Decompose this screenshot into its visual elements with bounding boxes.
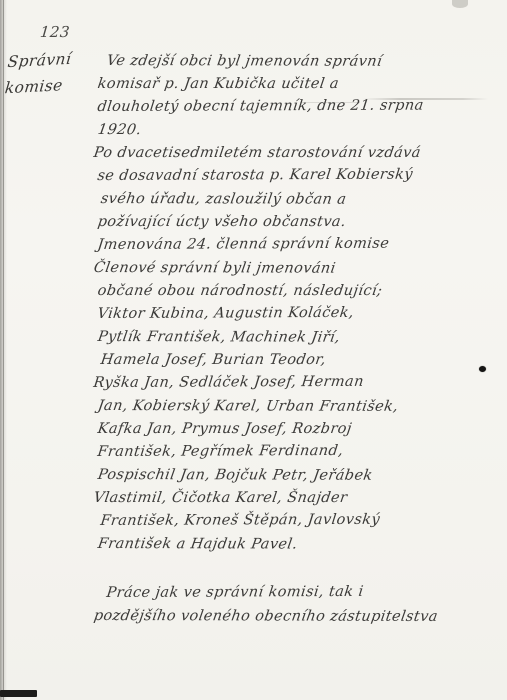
- handwritten-line: občané obou národností, následující;: [96, 280, 499, 303]
- handwritten-line: komisař p. Jan Kubička učitel a: [96, 73, 499, 96]
- margin-note-line: komise: [3, 71, 90, 102]
- handwritten-line: Po dvacetisedmiletém starostování vzdává: [92, 142, 499, 165]
- handwritten-line: pozdějšího voleného obecního zástupitels…: [92, 605, 499, 629]
- handwritten-line: Vlastimil, Čičotka Karel, Šnajder: [92, 487, 499, 510]
- paragraph-gap: [96, 556, 496, 582]
- handwritten-line: Členové správní byli jmenováni: [92, 257, 499, 281]
- ink-dot-artifact: [479, 366, 486, 372]
- handwritten-line: Jmenována 24. členná správní komise: [96, 232, 499, 257]
- handwritten-line: František, Kroneš Štěpán, Javlovský: [99, 508, 499, 533]
- handwritten-line: 1920.: [96, 119, 499, 143]
- handwritten-line: Kafka Jan, Prymus Josef, Rozbroj: [96, 418, 499, 441]
- scan-smudge: [452, 0, 468, 8]
- scanned-document-page: 123 Správní komise Ve zdejší obci byl jm…: [0, 0, 507, 700]
- handwritten-line: Pytlík František, Machinek Jiří,: [96, 326, 499, 350]
- scan-corner-mark: [0, 690, 37, 697]
- handwritten-line: požívající úcty všeho občanstva.: [96, 211, 499, 234]
- handwritten-line: svého úřadu, zasloužilý občan a: [99, 188, 499, 212]
- handwritten-line: František a Hajduk Pavel.: [96, 533, 499, 557]
- page-number: 123: [39, 23, 70, 41]
- handwritten-line: Práce jak ve správní komisi, tak i: [105, 580, 499, 605]
- handwritten-line: Pospischil Jan, Bojčuk Petr, Jeřábek: [96, 464, 499, 488]
- handwritten-line: Ryška Jan, Sedláček Josef, Herman: [92, 370, 499, 395]
- handwritten-line: Viktor Kubina, Augustin Koláček,: [96, 301, 499, 326]
- handwritten-line: Hamela Josef, Burian Teodor,: [99, 349, 499, 372]
- handwritten-line: Jan, Kobierský Karel, Urban František,: [96, 395, 499, 419]
- handwritten-line: František, Pegřímek Ferdinand,: [96, 439, 499, 464]
- margin-note: Správní komise: [3, 45, 92, 102]
- handwritten-line: dlouholetý obecní tajemník, dne 21. srpn…: [96, 94, 499, 119]
- scan-edge-line: [3, 0, 4, 700]
- handwritten-line: Ve zdejší obci byl jmenován správní: [105, 50, 499, 74]
- handwritten-line: se dosavadní starosta p. Karel Kobierský: [96, 163, 499, 188]
- handwritten-text-block: Ve zdejší obci byl jmenován správní komi…: [96, 50, 496, 628]
